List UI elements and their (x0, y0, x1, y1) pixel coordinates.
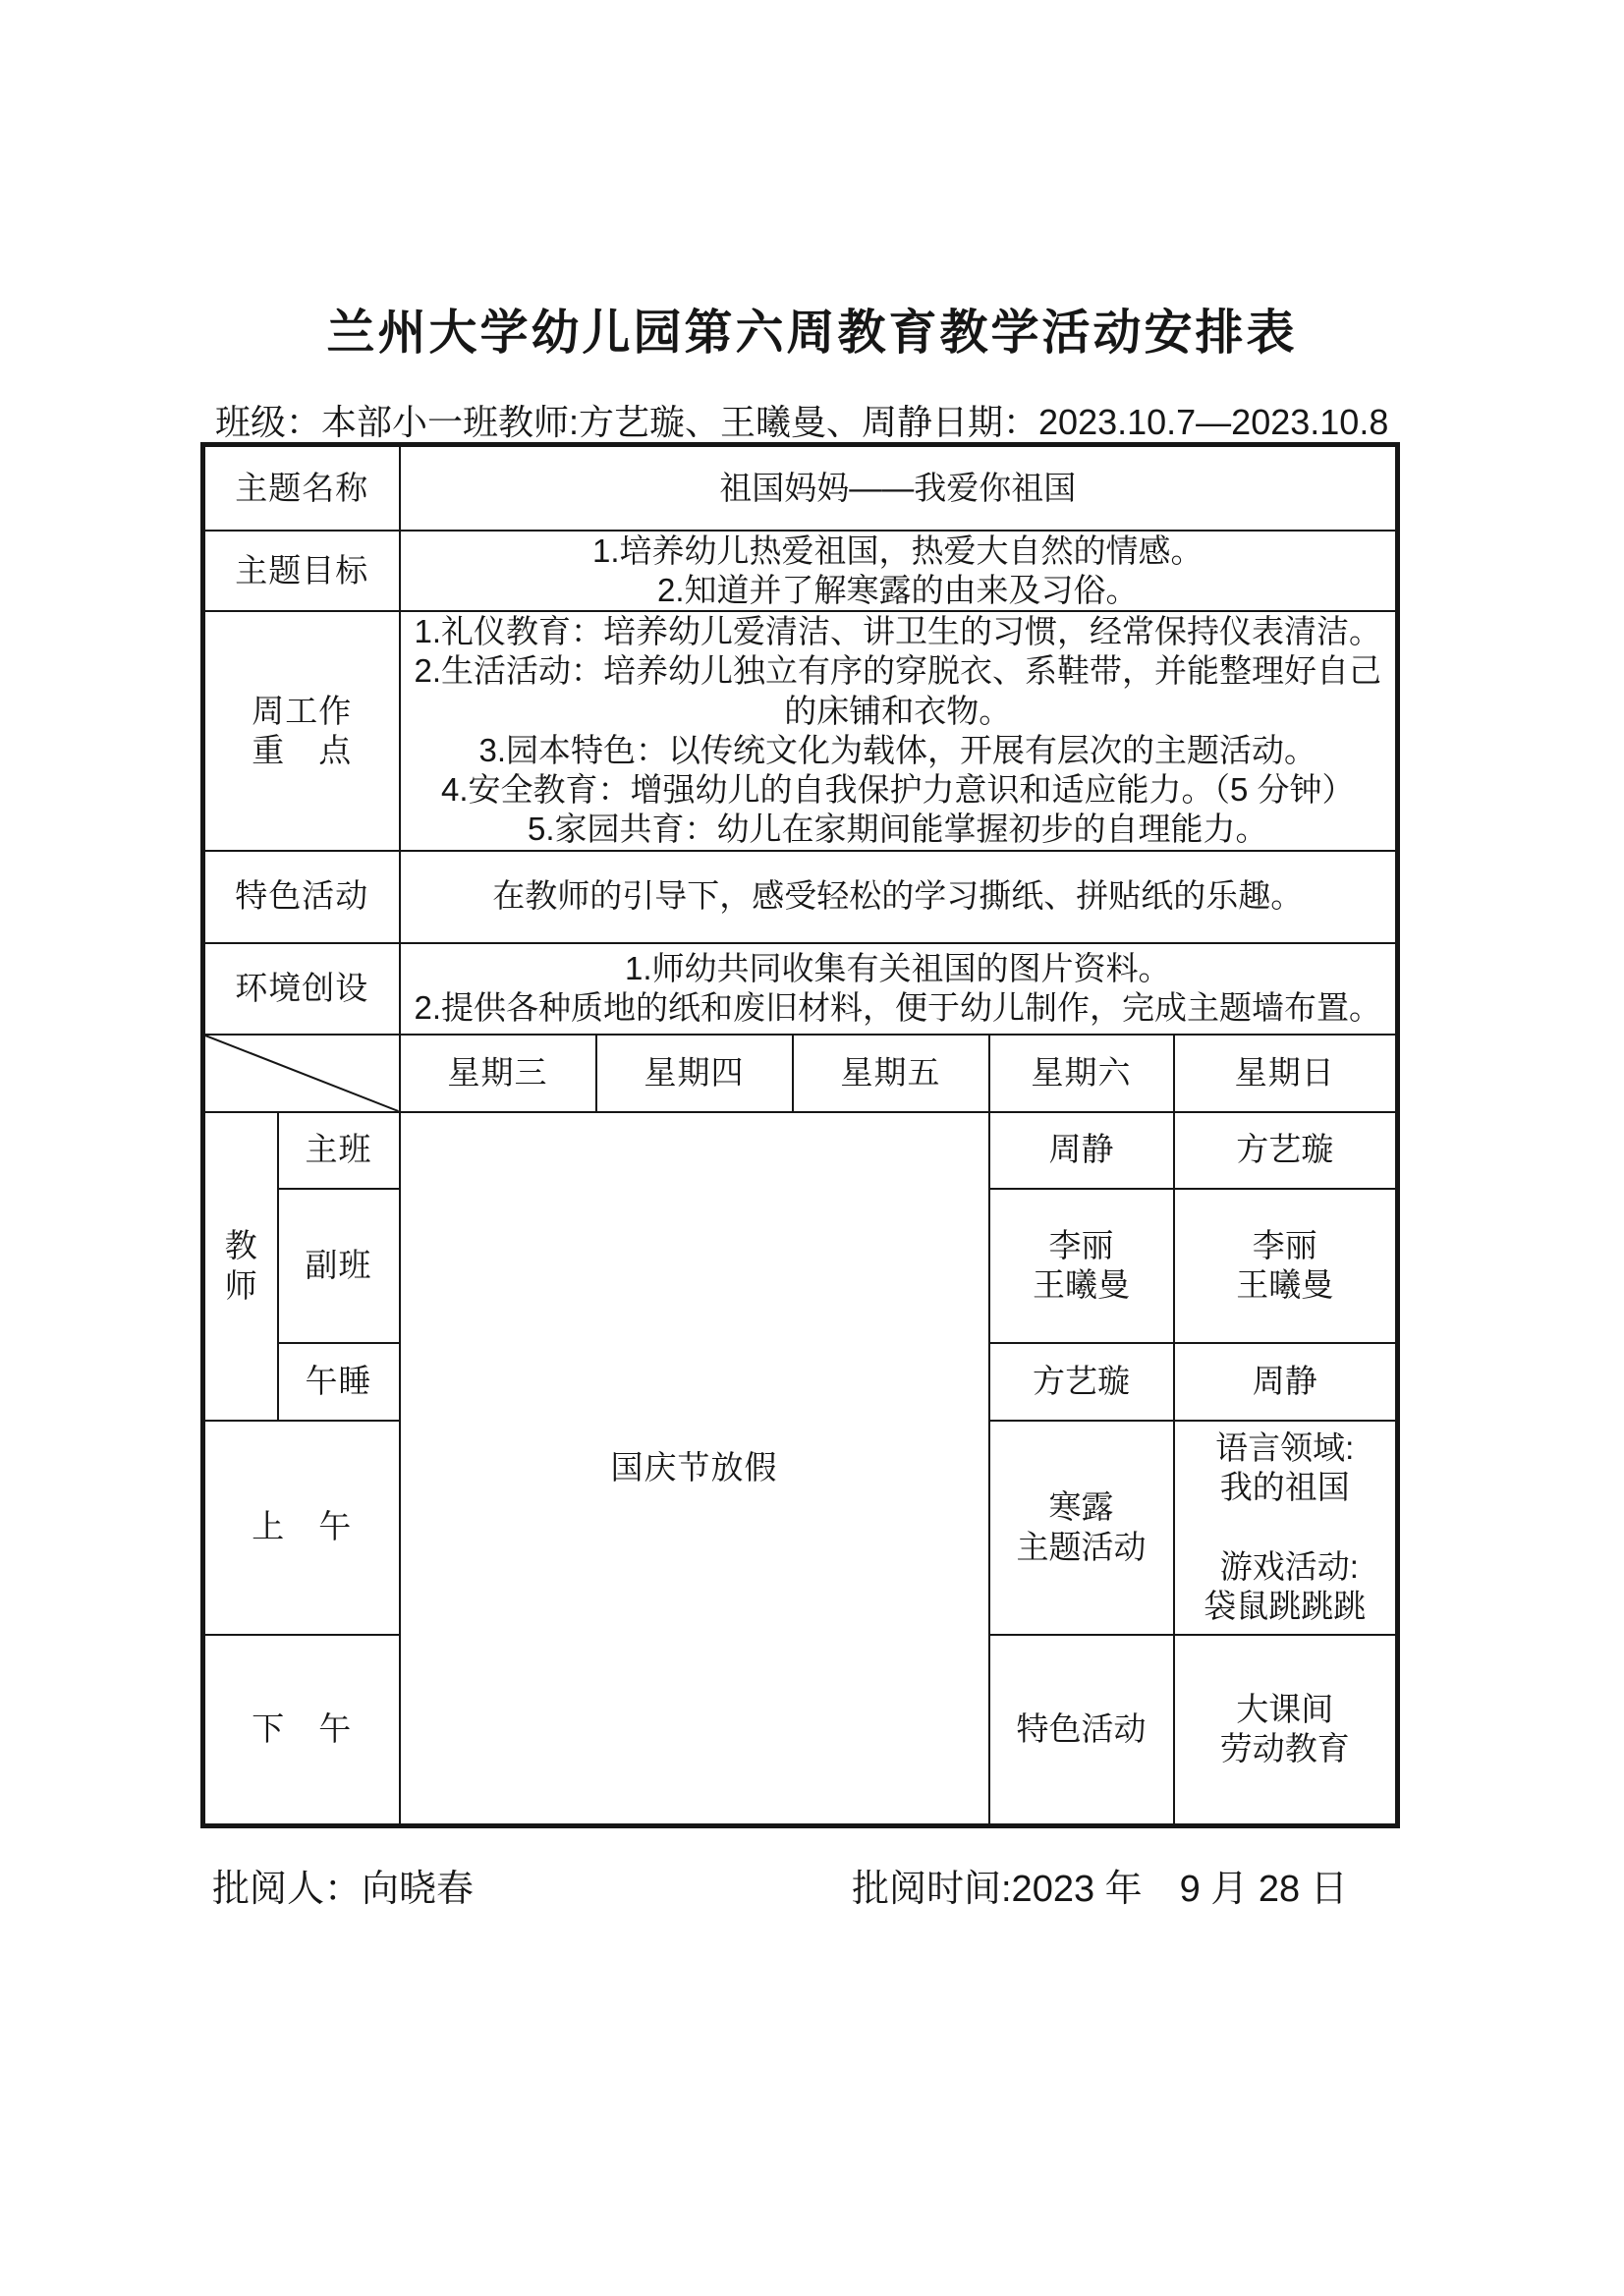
environment-value: 1.师幼共同收集有关祖国的图片资料。 2.提供各种质地的纸和废旧材料，便于幼儿制… (400, 943, 1398, 1035)
environment-label: 环境创设 (203, 943, 400, 1035)
morning-label: 上 午 (203, 1421, 400, 1635)
duty-assist-label: 副班 (278, 1189, 400, 1343)
weekday-header-fri: 星期五 (793, 1035, 989, 1112)
duty-assist-sun: 李丽 王曦曼 (1174, 1189, 1398, 1343)
weekday-header-wed: 星期三 (400, 1035, 596, 1112)
teacher-section-label: 教 师 (203, 1112, 278, 1421)
theme-name-label: 主题名称 (203, 445, 400, 531)
duty-assist-sat: 李丽 王曦曼 (989, 1189, 1174, 1343)
duty-nap-sat: 方艺璇 (989, 1343, 1174, 1421)
theme-goals-label: 主题目标 (203, 531, 400, 612)
afternoon-label: 下 午 (203, 1635, 400, 1826)
afternoon-sat: 特色活动 (989, 1635, 1174, 1826)
class-field: 班级：本部小一班 (215, 395, 498, 445)
duty-main-sat: 周静 (989, 1112, 1174, 1189)
diagonal-corner-cell (203, 1035, 400, 1112)
reviewer-field: 批阅人：向晓春 (212, 1858, 474, 1912)
info-line: 班级：本部小一班 教师:方艺璇、王曦曼、周静 日期：2023.10.7—2023… (215, 395, 1380, 445)
week-focus-label: 周工作 重 点 (203, 611, 400, 851)
weekday-header-sat: 星期六 (989, 1035, 1174, 1112)
weekday-header-sun: 星期日 (1174, 1035, 1398, 1112)
date-field: 日期：2023.10.7—2023.10.8 (932, 395, 1388, 445)
afternoon-sun: 大课间 劳动教育 (1174, 1635, 1398, 1826)
special-activity-label: 特色活动 (203, 851, 400, 943)
duty-nap-label: 午睡 (278, 1343, 400, 1421)
page-title: 兰州大学幼儿园第六周教育教学活动安排表 (0, 295, 1624, 364)
duty-nap-sun: 周静 (1174, 1343, 1398, 1421)
document-page: 兰州大学幼儿园第六周教育教学活动安排表 班级：本部小一班 教师:方艺璇、王曦曼、… (0, 0, 1624, 2296)
theme-name-value: 祖国妈妈——我爱你祖国 (400, 445, 1398, 531)
duty-main-label: 主班 (278, 1112, 400, 1189)
weekly-schedule-table: 主题名称 祖国妈妈——我爱你祖国 主题目标 1.培养幼儿热爱祖国，热爱大自然的情… (200, 442, 1400, 1828)
duty-main-sun: 方艺璇 (1174, 1112, 1398, 1189)
morning-sat: 寒露 主题活动 (989, 1421, 1174, 1635)
week-focus-value: 1.礼仪教育：培养幼儿爱清洁、讲卫生的习惯，经常保持仪表清洁。 2.生活活动：培… (400, 611, 1398, 851)
weekday-header-thu: 星期四 (596, 1035, 793, 1112)
review-time-field: 批阅时间:2023 年 9 月 28 日 (852, 1858, 1348, 1912)
morning-sun: 语言领域: 我的祖国 游戏活动: 袋鼠跳跳跳 (1174, 1421, 1398, 1635)
theme-goals-value: 1.培养幼儿热爱祖国，热爱大自然的情感。 2.知道并了解寒露的由来及习俗。 (400, 531, 1398, 612)
special-activity-value: 在教师的引导下，感受轻松的学习撕纸、拼贴纸的乐趣。 (400, 851, 1398, 943)
diagonal-line (205, 1036, 399, 1111)
holiday-note-cell: 国庆节放假 (400, 1112, 989, 1826)
teachers-field: 教师:方艺璇、王曦曼、周静 (498, 395, 932, 445)
